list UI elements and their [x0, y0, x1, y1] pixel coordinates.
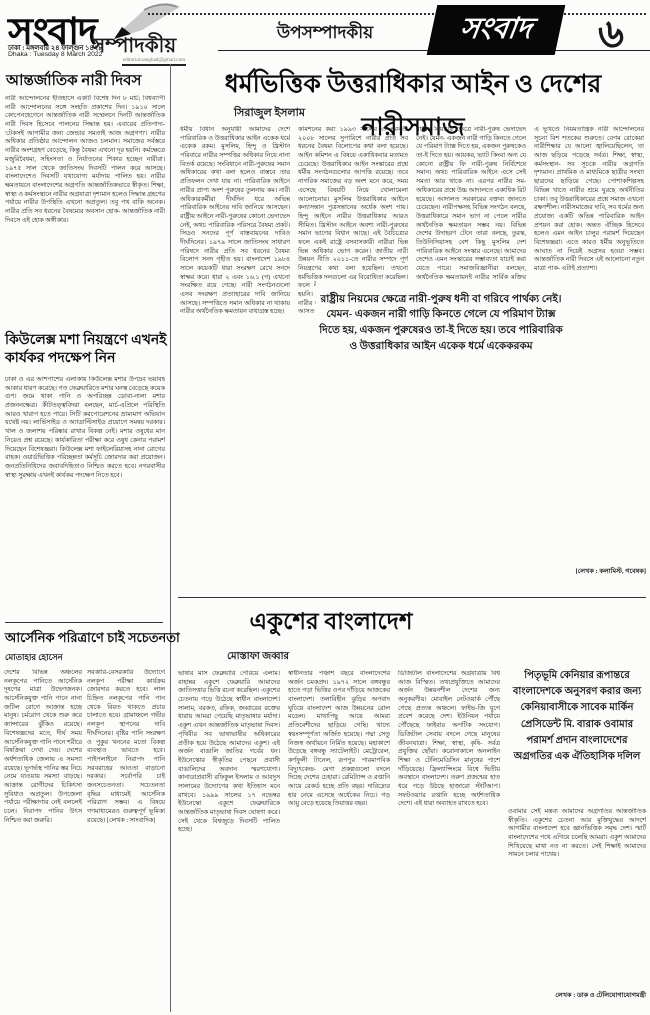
editorial-email: editorial.sangbad@gmail.com: [92, 57, 216, 63]
left-column-divider: [5, 622, 163, 623]
ekush-pull-quote: পিতৃভূমি কেনিয়ার রূপান্তরে বাংলাদেশকে অ…: [508, 668, 646, 765]
arsenic-column-1: দেশের বিভিন্ন অঞ্চলের নলকূপের পানিতে আর্…: [4, 669, 82, 1011]
editorial1-headline: আন্তর্জাতিক নারী দিবস: [6, 69, 141, 94]
logo-box: সংবাদ: [427, 5, 566, 55]
arsenic-headline: আর্সেনিক পরিত্রাণে চাই সচেতনতা: [5, 629, 180, 650]
masthead-dotted-rule: [148, 13, 646, 15]
arsenic-column-2: সরকারি-বেসরকারি উদ্যোগে নলকূপ পরীক্ষা কা…: [87, 669, 165, 1011]
editorial2-headline: কিউলেক্স মশা নিয়ন্ত্রণে এখনই কার্যকর পদ…: [5, 332, 167, 368]
editorial1-body: নারী আন্দোলনের ইতিহাসে একটি বিশেষ দিন ৮ …: [5, 95, 165, 328]
date-english: Dhaka : Tuesday 8 March 2022: [8, 51, 102, 58]
ekush-column-2: স্বাধীনতার পঞ্চাশ বছরে বাংলাদেশের অর্জন …: [288, 670, 390, 1012]
logo-box-text: সংবাদ: [457, 6, 535, 55]
ekush-column-3: ডিজিটাল বাংলাদেশের অগ্রযাত্রায় বিশ্ব আজ…: [398, 670, 500, 1012]
main-article-pull-quote: রাষ্ট্রীয় নিয়মের ক্ষেত্রে নারী-পুরুষ ধ…: [316, 279, 566, 367]
main-article-author-credit: [লেখক : কলামিস্ট, গবেষক]: [508, 566, 646, 577]
ekush-column-1: ভাষার মাস ফেব্রুয়ারি পেরিয়ে এলাম। বাহা…: [178, 670, 280, 1012]
ekush-headline: একুশের বাংলাদেশ: [196, 603, 466, 642]
email-underline-bar: [122, 64, 186, 66]
arsenic-byline: মোতাহার হোসেন: [5, 651, 63, 665]
ekush-byline: মোস্তাফা জব্বার: [227, 649, 289, 666]
newspaper-page: সংবাদ ঢাকা : মঙ্গলবার ২৪ ফাল্গুন ১৪২৮ Dh…: [0, 0, 650, 1015]
column-divider-vertical: [170, 64, 171, 1012]
ekush-column-4: ওবামার সেই মন্তব্য আমাদের অগ্রগতির আন্তর…: [508, 808, 646, 984]
ekush-author-credit: লেখক : ডাক ও টেলিযোগাযোগমন্ত্রী: [508, 990, 646, 1001]
main-article-byline: সিরাজুল ইসলাম: [234, 104, 305, 123]
editorial2-body: ঢাকা ও এর আশপাশের এলাকায় কিউলেক্স মশার …: [5, 376, 165, 618]
main-article-column-1: ধর্মীয় বিধান অনুযায়ী আমাদের দেশে পারিব…: [180, 126, 290, 582]
oped-section-label: উপসম্পাদকীয়: [238, 20, 412, 48]
article-divider-horizontal: [178, 597, 646, 598]
page-number: ৬: [598, 2, 624, 69]
